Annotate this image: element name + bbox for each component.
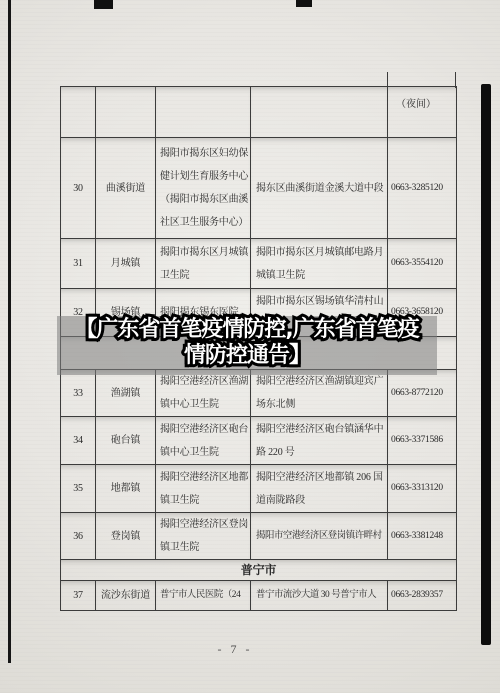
table-row: 37 流沙东街道 普宁市人民医院（24 普宁市流沙大道 30 号普宁市人 066… (61, 581, 457, 611)
empty-cell (251, 87, 388, 138)
phone-cell: 0663-3554120 (388, 239, 457, 289)
table-row: 35 地都镇 揭阳空港经济区地都镇卫生院 揭阳空港经济区地都镇 206 国道南陇… (61, 465, 457, 513)
address-cell: 揭阳空港经济区渔湖镇迎宾广场东北侧 (251, 370, 388, 417)
town-cell: 流沙东街道 (96, 581, 156, 611)
table-row: 33 渔湖镇 揭阳空港经济区渔湖镇中心卫生院 揭阳空港经济区渔湖镇迎宾广场东北侧… (61, 370, 457, 417)
town-cell: 曲溪街道 (96, 138, 156, 239)
table-row: 36 登岗镇 揭阳空港经济区登岗镇卫生院 揭阳市空港经济区登岗镇许畔村 0663… (61, 513, 457, 560)
watermark-banner: 【广东省首笔疫情防控,广东省首笔疫 【广东省首笔疫情防控,广东省首笔疫 情防控通… (57, 316, 437, 375)
scanned-document-page: （夜间） 30 曲溪街道 揭阳市揭东区妇幼保健计划生育服务中心（揭阳市揭东区曲溪… (0, 0, 500, 693)
row-number-cell: 35 (61, 465, 96, 513)
address-cell: 揭阳空港经济区地都镇 206 国道南陇路段 (251, 465, 388, 513)
phone-cell: 0663-2839357 (388, 581, 457, 611)
town-cell: 渔湖镇 (96, 370, 156, 417)
phone-cell: 0663-3313120 (388, 465, 457, 513)
phone-cell: 0663-3285120 (388, 138, 457, 239)
page-number: - 7 - (190, 642, 280, 657)
empty-cell (61, 87, 96, 138)
address-cell: 揭阳市空港经济区登岗镇许畔村 (251, 513, 388, 560)
scan-artifact-top-mark (296, 0, 312, 7)
section-header-row: 普宁市 (61, 560, 457, 581)
town-cell: 地都镇 (96, 465, 156, 513)
hospital-cell: 揭阳市揭东区月城镇卫生院 (156, 239, 251, 289)
row-number-cell: 33 (61, 370, 96, 417)
table-row: 30 曲溪街道 揭阳市揭东区妇幼保健计划生育服务中心（揭阳市揭东区曲溪社区卫生服… (61, 138, 457, 239)
row-number-cell: 37 (61, 581, 96, 611)
scan-artifact-top-mark (94, 0, 113, 9)
row-number-cell: 30 (61, 138, 96, 239)
address-cell: 揭东区曲溪街道金溪大道中段 (251, 138, 388, 239)
empty-cell (156, 87, 251, 138)
phone-cell: 0663-3381248 (388, 513, 457, 560)
table-row: 34 砲台镇 揭阳空港经济区砲台镇中心卫生院 揭阳空港经济区砲台镇涵华中路 22… (61, 417, 457, 465)
phone-cell: 0663-8772120 (388, 370, 457, 417)
table-row: 31 月城镇 揭阳市揭东区月城镇卫生院 揭阳市揭东区月城镇邮电路月城镇卫生院 0… (61, 239, 457, 289)
watermark-line-1: 【广东省首笔疫情防控,广东省首笔疫 【广东省首笔疫情防控,广东省首笔疫 (29, 316, 465, 342)
table-header-row: （夜间） (61, 87, 457, 138)
watermark-line-2: 情防控通告】 情防控通告】 (29, 342, 465, 368)
hospital-cell: 揭阳市揭东区妇幼保健计划生育服务中心（揭阳市揭东区曲溪社区卫生服务中心） (156, 138, 251, 239)
section-label: 普宁市 (61, 560, 457, 581)
empty-cell (96, 87, 156, 138)
row-number-cell: 34 (61, 417, 96, 465)
hospital-cell: 揭阳空港经济区砲台镇中心卫生院 (156, 417, 251, 465)
hospital-cell: 揭阳空港经济区渔湖镇中心卫生院 (156, 370, 251, 417)
hospital-cell: 揭阳空港经济区地都镇卫生院 (156, 465, 251, 513)
address-cell: 普宁市流沙大道 30 号普宁市人 (251, 581, 388, 611)
town-cell: 砲台镇 (96, 417, 156, 465)
scan-artifact-right-bar (481, 84, 491, 645)
scan-artifact-left-line (8, 0, 11, 663)
row-number-cell: 36 (61, 513, 96, 560)
phone-cell: 0663-3371586 (388, 417, 457, 465)
town-cell: 登岗镇 (96, 513, 156, 560)
address-cell: 揭阳市揭东区月城镇邮电路月城镇卫生院 (251, 239, 388, 289)
town-cell: 月城镇 (96, 239, 156, 289)
watermark-fill-text: 情防控通告】 (29, 342, 465, 369)
hospital-cell: 揭阳空港经济区登岗镇卫生院 (156, 513, 251, 560)
watermark-fill-text: 【广东省首笔疫情防控,广东省首笔疫 (29, 316, 465, 343)
address-cell: 揭阳空港经济区砲台镇涵华中路 220 号 (251, 417, 388, 465)
hospital-cell: 普宁市人民医院（24 (156, 581, 251, 611)
row-number-cell: 31 (61, 239, 96, 289)
night-label-cell: （夜间） (388, 87, 457, 138)
